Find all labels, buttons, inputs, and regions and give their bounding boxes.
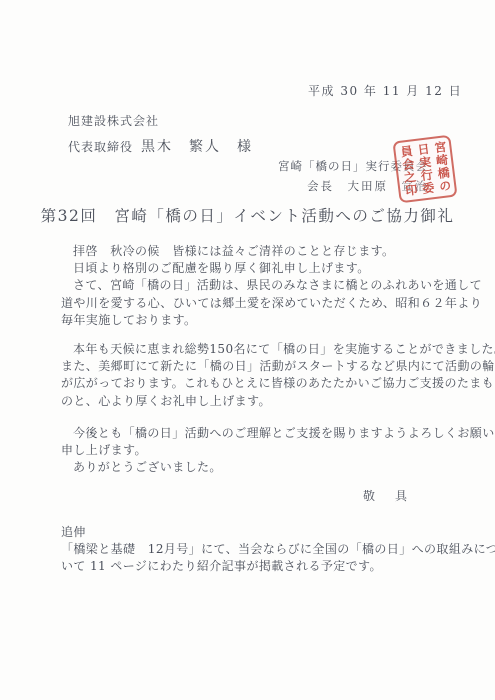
letter-body: 拝啓 秋冷の候 皆様には益々ご清祥のことと存じます。 日頃より格別のご配慮を賜り… <box>61 243 439 575</box>
recipient-line: 代表取締役黒木 繁人 様 <box>68 136 253 156</box>
body-line: 本年も天候に恵まれ総勢150名にて「橋の日」を実施することができました。 <box>61 341 439 358</box>
body-line: のと、心より厚くお礼申し上げます。 <box>61 393 439 410</box>
closing-keigu: 敬 具 <box>61 488 439 505</box>
body-line: 道や川を愛する心、ひいては郷土愛を深めていただくため、昭和６２年より <box>61 295 439 312</box>
body-line: さて、宮崎「橋の日」活動は、県民のみなさまに橋とのふれあいを通して <box>61 277 439 294</box>
body-line: 拝啓 秋冷の候 皆様には益々ご清祥のことと存じます。 <box>61 243 439 260</box>
recipient-company: 旭建設株式会社 <box>68 112 159 129</box>
letter-title: 第32回 宮崎「橋の日」イベント活動へのご協力御礼 <box>0 204 495 226</box>
body-line: 日頃より格別のご配慮を賜り厚く御礼申し上げます。 <box>61 260 439 277</box>
body-line: 申し上げます。 <box>61 442 439 459</box>
postscript: 追伸 「橋梁と基礎 12月号」にて、当会ならびに全国の「橋の日」への取組みにつ … <box>61 524 439 576</box>
recipient-role: 代表取締役 <box>68 140 133 154</box>
body-line: 今後とも「橋の日」活動へのご理解とご支援を賜りますようよろしくお願い <box>61 425 439 442</box>
recipient-name: 黒木 繁人 様 <box>141 139 253 155</box>
letter-date: 平成 30 年 11 月 12 日 <box>308 82 462 99</box>
committee-seal-stamp: 宮崎橋の 日実行委 員会之印 <box>392 135 457 204</box>
body-line: が広がっております。これもひとえに皆様のあたたかいご協力ご支援のたまも <box>61 375 439 392</box>
scanned-letter-page: 平成 30 年 11 月 12 日 旭建設株式会社 代表取締役黒木 繁人 様 宮… <box>0 0 495 700</box>
paragraph-spacer <box>61 410 439 425</box>
paragraph-spacer <box>61 329 439 341</box>
body-line: また、美郷町にて新たに「橋の日」活動がスタートするなど県内にて活動の輪 <box>61 358 439 375</box>
postscript-line: 「橋梁と基礎 12月号」にて、当会ならびに全国の「橋の日」への取組みにつ <box>61 541 439 558</box>
postscript-label: 追伸 <box>61 524 439 541</box>
body-line: ありがとうございました。 <box>61 459 439 476</box>
seal-text: 宮崎橋の 日実行委 員会之印 <box>397 140 454 198</box>
postscript-line: いて 11 ページにわたり紹介記事が掲載される予定です。 <box>61 558 439 575</box>
body-line: 毎年実施しております。 <box>61 312 439 329</box>
